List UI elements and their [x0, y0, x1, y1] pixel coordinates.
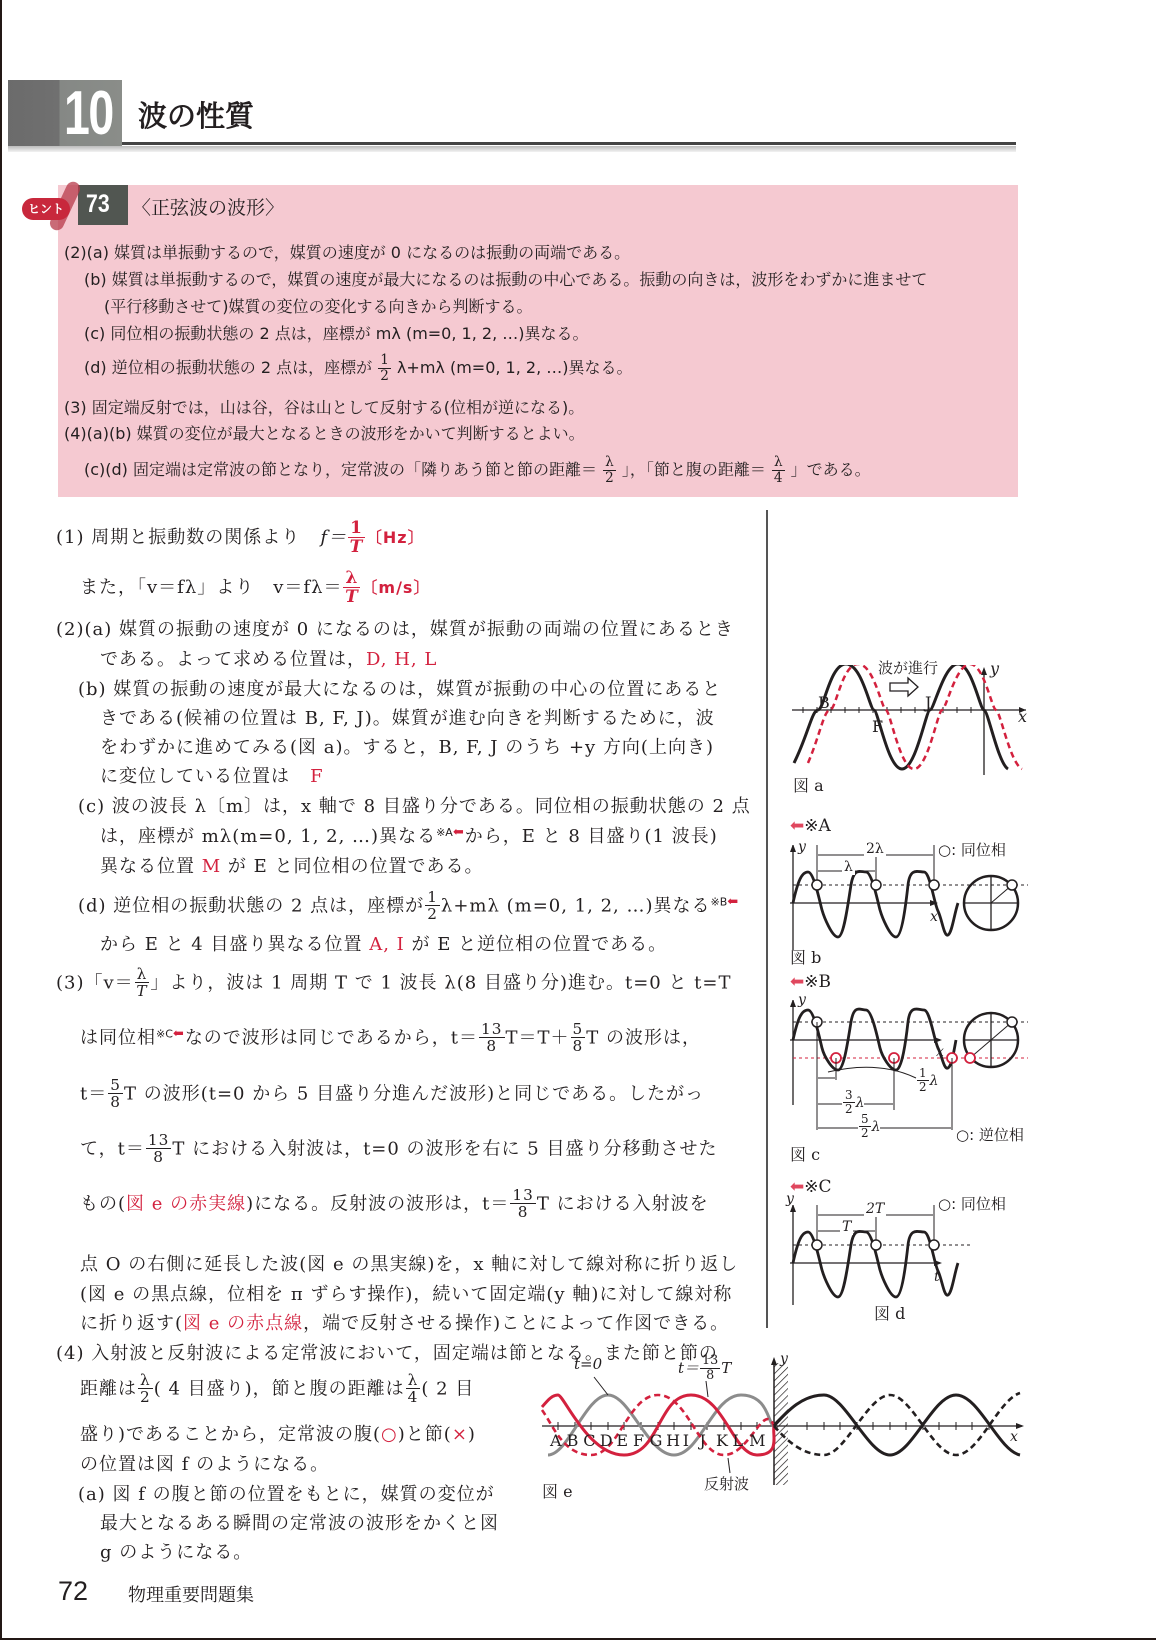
figure-e: t=0 t＝138T y x ABCDEFGHIJKLM 反射波 図 e	[538, 1355, 1028, 1505]
reference-arrow-icon: ⬅	[173, 1026, 185, 1041]
hint-line: (3) 固定端反射では，山は谷，谷は山として反射する(位相が逆になる)。	[64, 395, 584, 418]
fraction: λ4	[772, 456, 785, 485]
answer-2b: (b) 媒質の振動の速度が最大になるのは，媒質が振動の中心の位置にあると	[78, 675, 721, 701]
y-axis-label: y	[780, 1351, 788, 1367]
fraction: λ2	[603, 456, 616, 485]
figure-b: 2λ λ y x ○: 同位相 図 b	[788, 845, 1028, 965]
figure-caption: 図 b	[790, 945, 821, 968]
answer-4: 盛り)であることから，定常波の腹(○)と節(×)	[80, 1420, 476, 1446]
answer-2b: に変位している位置は F	[100, 762, 324, 788]
answer-2c: は，座標が mλ(m=0, 1, 2, …)異なる※A⬅から，E と 8 目盛り…	[100, 822, 718, 848]
x-axis-label: x	[1018, 707, 1027, 726]
answer-highlight: M	[202, 856, 221, 877]
point-label: F	[872, 717, 883, 736]
y-axis-label: y	[786, 1191, 794, 1207]
red-emphasis: 図 e の赤点線	[183, 1313, 303, 1334]
fraction: 58	[108, 1078, 123, 1111]
answer-unit: 〔Hz〕	[366, 528, 425, 547]
hint-line: (b) 媒質は単振動するので，媒質の速度が最大になるのは振動の中心である。振動の…	[84, 267, 927, 290]
answer-3: て，t＝138T における入射波は，t=0 の波形を右に 5 目盛り分移動させた	[80, 1133, 717, 1166]
legend-in-phase: ○: 同位相	[938, 1193, 1006, 1214]
page-border-left	[0, 0, 2, 1640]
reference-a: ⬅※A	[790, 816, 831, 836]
hint-line: (4)(a)(b) 媒質の変位が最大となるときの波形をかいて判断するとよい。	[64, 421, 585, 444]
figure-d: 2T T y t ○: 同位相 図 d	[788, 1205, 1028, 1325]
reference-c: ⬅※C	[790, 1177, 832, 1197]
chapter-shadow	[8, 146, 1016, 152]
legend-in-phase: ○: 同位相	[938, 839, 1006, 860]
reference-b: ⬅※B	[790, 972, 831, 992]
label-t13-8T: t＝138T	[678, 1355, 731, 1383]
reference-arrow-icon: ⬅	[453, 825, 465, 840]
x-axis-label: x	[936, 1044, 944, 1060]
wave-direction-label: 波が進行	[878, 657, 938, 678]
answer-unit: 〔m/s〕	[361, 578, 430, 597]
chapter-title: 波の性質	[138, 94, 254, 135]
node-symbol: ×	[452, 1424, 468, 1445]
problem-number: 73	[86, 190, 110, 219]
chapter-number: 10	[64, 78, 113, 149]
fraction: λT	[343, 570, 360, 606]
column-divider	[766, 510, 768, 1328]
figure-c: y x 12λ 32λ 52λ ○: 逆位相 図 c	[788, 1000, 1028, 1160]
figure-caption: 図 d	[874, 1301, 905, 1324]
answer-3: もの(図 e の赤実線)になる。反射波の波形は，t＝138T における入射波を	[80, 1188, 709, 1221]
figure-caption: 図 e	[542, 1479, 573, 1502]
dimension-label: λ	[842, 859, 855, 875]
antinode-symbol: ○	[381, 1424, 398, 1445]
hint-line: (c) 同位相の振動状態の 2 点は，座標が mλ (m=0, 1, 2, …)…	[84, 321, 588, 344]
figure-a: 波が進行 B F J y x 図 a	[790, 665, 1030, 785]
answer-4: の位置は図 f のようになる。	[80, 1450, 329, 1476]
dimension-half-lambda: 12λ	[916, 1068, 938, 1094]
figure-caption: 図 a	[793, 773, 824, 796]
chapter-rule	[122, 142, 1016, 145]
legend-opposite-phase: ○: 逆位相	[956, 1124, 1024, 1145]
point-label: B	[818, 693, 830, 712]
red-emphasis: 図 e の赤実線	[126, 1193, 246, 1214]
label-t0: t=0	[574, 1355, 602, 1373]
answer-3: に折り返す(図 e の赤点線，端で反射させる操作)ことによって作図できる。	[80, 1309, 729, 1335]
dimension-label: T	[840, 1219, 853, 1235]
x-axis-label: x	[930, 909, 938, 925]
y-axis-label: y	[990, 659, 999, 678]
point-labels: ABCDEFGHIJKLM	[550, 1431, 766, 1450]
fraction: 138	[146, 1133, 171, 1166]
fraction: λ4	[406, 1373, 421, 1406]
fraction: λ2	[138, 1373, 153, 1406]
answer-1: (1) 周期と振動数の関係より f＝1T〔Hz〕	[56, 520, 425, 556]
hint-line: (2)(a) 媒質は単振動するので，媒質の速度が 0 になるのは振動の両端である…	[64, 240, 630, 263]
answer-4a: (a) 図 f の腹と節の位置をもとに，媒質の変位が	[78, 1480, 495, 1506]
reference-arrow-icon: ⬅	[727, 894, 739, 909]
figure-caption: 図 c	[790, 1142, 820, 1165]
hint-text: (d) 逆位相の振動状態の 2 点は，座標が	[84, 358, 372, 377]
answer-2c: (c) 波の波長 λ〔m〕は，x 軸で 8 目盛り分である。同位相の振動状態の …	[78, 792, 751, 818]
arrow-left-icon: ⬅	[790, 972, 804, 992]
hint-badge: ヒント	[22, 198, 70, 220]
answer-3: t＝58T の波形(t=0 から 5 目盛り分進んだ波形)と同じである。したがっ	[80, 1078, 704, 1111]
hint-text: λ+mλ (m=0, 1, 2, …)異なる。	[397, 358, 633, 377]
arrow-left-icon: ⬅	[790, 816, 804, 836]
answer-highlight: D, H, L	[366, 649, 437, 670]
answer-2a: である。よって求める位置は，D, H, L	[100, 645, 437, 671]
answer-2d: (d) 逆位相の振動状態の 2 点は，座標が12λ+mλ (m=0, 1, 2,…	[78, 890, 739, 923]
dimension-label: 2T	[864, 1201, 886, 1217]
answer-4a: 最大となるある瞬間の定常波の波形をかくと図	[100, 1509, 499, 1535]
hint-line: (c)(d) 固定端は定常波の節となり，定常波の「隣りあう節と節の距離＝ λ2 …	[84, 456, 871, 485]
fraction: 1T	[348, 520, 365, 556]
answer-2b: きである(候補の位置は B, F, J)。媒質が進む向きを判断するために，波	[100, 704, 715, 730]
fraction: 58	[571, 1022, 586, 1055]
answer-1b: また，「v＝fλ」より v＝fλ＝λT〔m/s〕	[80, 570, 430, 606]
book-title: 物理重要問題集	[128, 1581, 254, 1607]
answer-highlight: F	[310, 766, 324, 787]
point-label: J	[925, 693, 931, 712]
answer-4a: g のようになる。	[100, 1538, 252, 1564]
hint-text: 」，「節と腹の距離＝	[622, 460, 766, 479]
y-axis-label: y	[798, 992, 806, 1008]
answer-2d: から E と 4 目盛り異なる位置 A, I が E と逆位相の位置である。	[100, 930, 667, 956]
answer-3: (3)「v＝λT」より，波は 1 周期 T で 1 波長 λ(8 目盛り分)進む…	[56, 967, 732, 1000]
fraction: 138	[510, 1188, 535, 1221]
answer-2b: をわずかに進めてみる(図 a)。すると，B, F, J のうち +y 方向(上向…	[100, 733, 714, 759]
fraction: 12	[425, 890, 440, 923]
answer-2c: 異なる位置 M が E と同位相の位置である。	[100, 852, 484, 878]
answer-highlight: A, I	[369, 934, 405, 955]
hint-text: 」である。	[791, 460, 871, 479]
answer-3: は同位相※C⬅なので波形は同じであるから，t＝138T＝T＋58T の波形は，	[80, 1022, 701, 1055]
answer-3: 点 O の右側に延長した波(図 e の黒実線)を，x 軸に対して線対称に折り返し	[80, 1250, 738, 1276]
answer-3: (図 e の黒点線，位相を π ずらす操作)，続いて固定端(y 軸)に対して線対…	[80, 1280, 732, 1306]
x-axis-label: x	[1010, 1429, 1018, 1445]
t-axis-label: t	[934, 1269, 940, 1285]
fraction: 138	[479, 1022, 504, 1055]
dimension-label: 2λ	[864, 841, 886, 857]
fraction: λT	[135, 967, 150, 1000]
reflected-wave-label: 反射波	[704, 1473, 749, 1494]
answer-2a: (2)(a) 媒質の振動の速度が 0 になるのは，媒質が振動の両端の位置にあると…	[56, 615, 734, 641]
fraction: 12	[378, 354, 391, 383]
chapter-header: 10 波の性質	[8, 80, 1016, 146]
hint-title: 〈正弦波の波形〉	[132, 193, 284, 220]
page-number: 72	[58, 1576, 88, 1607]
hint-line: (d) 逆位相の振動状態の 2 点は，座標が 12 λ+mλ (m=0, 1, …	[84, 354, 633, 383]
dimension-five-half-lambda: 52λ	[858, 1114, 880, 1140]
hint-text: (c)(d) 固定端は定常波の節となり，定常波の「隣りあう節と節の距離＝	[84, 460, 597, 479]
hint-line: (平行移動させて)媒質の変位の変化する向きから判断する。	[104, 294, 533, 317]
y-axis-label: y	[798, 839, 806, 855]
answer-4: 距離はλ2( 4 目盛り)，節と腹の距離はλ4( 2 目	[80, 1373, 474, 1406]
